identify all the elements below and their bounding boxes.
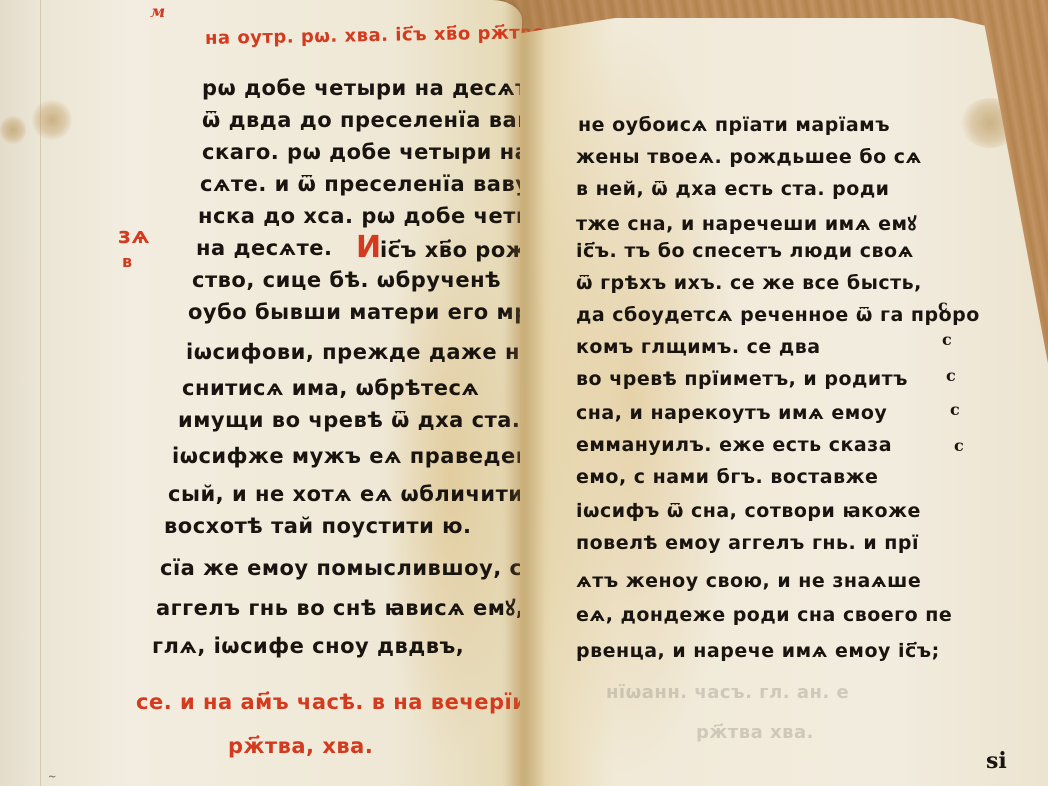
- text-line: сна, и нарекоутъ имѧ емоу: [576, 402, 887, 424]
- text-line: іс҃ъ. тъ бо спесетъ люди своѧ: [576, 240, 914, 262]
- folio-mark: м: [150, 2, 165, 21]
- right-page: не оубоисѧ прїати марїамъ жены твоеѧ. ро…: [520, 18, 1048, 786]
- bleed-through-text: рж҃тва хва.: [696, 722, 814, 743]
- text-line: ѧтъ женоу свою, и не знаѧше: [576, 570, 921, 592]
- text-line: еѧ, дондеже роди сна своего пе: [576, 604, 952, 626]
- text-line: сый, и не хотѧ еѧ ѡбличити,: [168, 482, 532, 506]
- text-line: жены твоеѧ. рождьшее бо сѧ: [576, 146, 922, 168]
- margin-mark: с: [946, 366, 956, 385]
- bottom-mark: ~: [48, 772, 56, 783]
- margin-mark: с: [950, 400, 960, 419]
- text-line: глѧ, іѡсифе сноу двдвъ,: [152, 634, 464, 658]
- text-line: тже сна, и наречеши имѧ емꙋ: [576, 210, 917, 236]
- rubric-footer: се. и на ам҃ъ часѣ. в на вечерїи: [136, 690, 527, 714]
- text-line: не оубоисѧ прїати марїамъ: [578, 114, 890, 136]
- text-line: комъ глщимъ. се два: [576, 336, 821, 358]
- rubric-header: на оутр. рѡ. хва. іс҃ъ хв҃о рж҃тво: [205, 22, 545, 49]
- book-gutter: [505, 0, 545, 786]
- text-line: іѡсифже мужъ еѧ праведенъ: [172, 444, 547, 468]
- stain-spot: [32, 100, 72, 140]
- text-line: рвенца, и нарече имѧ емоу іс҃ъ;: [576, 640, 940, 662]
- red-initial-letter: И: [356, 230, 382, 265]
- text-line: повелѣ емоу аггелъ гнь. и прї: [576, 532, 919, 554]
- text-line: да сбоудетсѧ реченное ѿ га проро: [576, 304, 980, 326]
- text-line: в ней, ѿ дха есть ста. роди: [576, 178, 890, 200]
- text-line: во чревѣ прїиметъ, и родитъ: [576, 368, 908, 390]
- margin-mark: с: [942, 330, 952, 349]
- margin-mark: с: [938, 296, 948, 315]
- text-line: емо, с нами бгъ. воставже: [576, 466, 878, 488]
- bleed-through-text: нїѡанн. часъ. гл. ан. е: [606, 682, 849, 703]
- text-line: восхотѣ тай поустити ю.: [164, 514, 472, 538]
- text-line: аггелъ гнь во снѣ ꙗвисѧ емꙋ,: [156, 594, 524, 622]
- folio-number: ѕі: [986, 748, 1007, 774]
- text-line: имущи во чревѣ ѿ дха ста.: [178, 408, 520, 432]
- text-line: оубо бывши матери его мрїи: [188, 300, 553, 324]
- stain-spot: [0, 115, 26, 145]
- text-line: еммануилъ. еже есть сказа: [576, 434, 892, 456]
- text-line: іѡсифови, прежде даже не: [186, 340, 535, 364]
- text-line: сїа же емоу помыслившоу, се: [160, 556, 537, 580]
- margin-mark: с: [954, 436, 964, 455]
- text-line: снитисѧ има, ѡбрѣтесѧ: [182, 376, 479, 400]
- text-line: на десѧте.: [196, 236, 333, 260]
- text-line: іѡсифъ ѿ сна, сотвори ꙗкоже: [576, 500, 921, 522]
- margin-note: зѧ: [118, 224, 150, 249]
- left-page: м на оутр. рѡ. хва. іс҃ъ хв҃о рж҃тво зѧ …: [0, 0, 522, 786]
- text-line: ѿ грѣхъ ихъ. се же все бысть,: [576, 272, 922, 294]
- margin-note: в: [122, 252, 133, 271]
- rubric-footer: рж҃тва, хва.: [228, 734, 373, 758]
- text-line: ство, сице бѣ. ѡбрученѣ: [192, 268, 501, 292]
